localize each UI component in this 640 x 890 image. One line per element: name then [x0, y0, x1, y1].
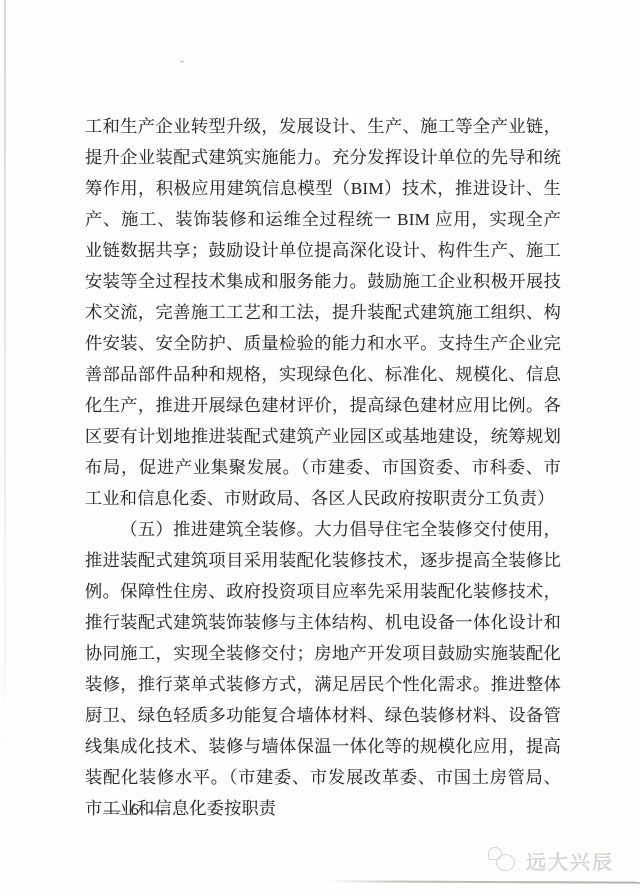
- paragraph-section-5-full-renovation: （五）推进建筑全装修。大力倡导住宅全装修交付使用，推进装配式建筑项目采用装配化装…: [85, 514, 561, 824]
- scan-edge-artifact-left: [4, 0, 6, 770]
- logo-circle-large: [496, 854, 515, 871]
- paragraph-continuation: 工和生产企业转型升级，发展设计、生产、施工等全产业链，提升企业装配式建筑实施能力…: [85, 111, 561, 514]
- document-body-text: 工和生产企业转型升级，发展设计、生产、施工等全产业链，提升企业装配式建筑实施能力…: [85, 111, 561, 824]
- scan-speck-artifact: [180, 60, 184, 63]
- page-number: — 6 —: [104, 800, 169, 820]
- brand-watermark-label: 远大兴辰: [526, 846, 614, 875]
- scanned-document-page: { "document": { "para1": "工和生产企业转型升级，发展设…: [0, 0, 640, 890]
- brand-watermark: 远大兴辰: [487, 845, 614, 875]
- brand-logo-icon: [487, 845, 519, 875]
- scan-edge-artifact-bottom: [328, 880, 640, 883]
